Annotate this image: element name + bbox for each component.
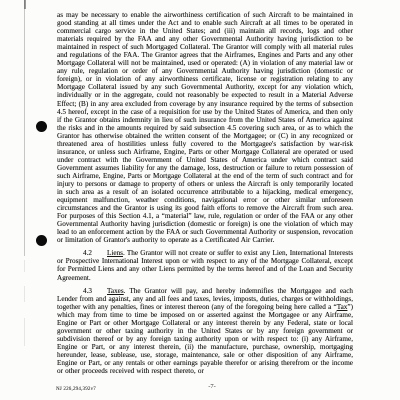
paragraph-section-4-2: 4.2Liens. The Grantor will not create or… (57, 249, 353, 281)
document-body: as may be necessary to enable the airwor… (57, 11, 353, 380)
section-4-3-heading: Taxes (107, 287, 124, 295)
defined-term-tax: Tax (337, 303, 348, 311)
paragraph-section-4-3: 4.3Taxes. The Grantor will pay, and here… (57, 287, 353, 376)
scan-edge-tick-artifact (24, 0, 26, 9)
section-4-3-body-after-tax-term: ”) which may from time to time be impose… (57, 303, 353, 375)
hole-punch-mark-bottom (36, 235, 47, 246)
section-4-3-number: 4.3 (83, 287, 107, 295)
scanned-document-page: as may be necessary to enable the airwor… (0, 0, 400, 400)
scan-smudge-artifact (24, 318, 25, 346)
hole-punch-mark-top (36, 121, 47, 132)
scan-smudge-artifact (24, 286, 25, 302)
scan-smudge-artifact (24, 260, 25, 272)
paragraph-section-4-1-continuation: as may be necessary to enable the airwor… (57, 11, 353, 244)
footer-page-number: -7- (57, 383, 367, 390)
scan-edge-artifact (24, 0, 25, 256)
